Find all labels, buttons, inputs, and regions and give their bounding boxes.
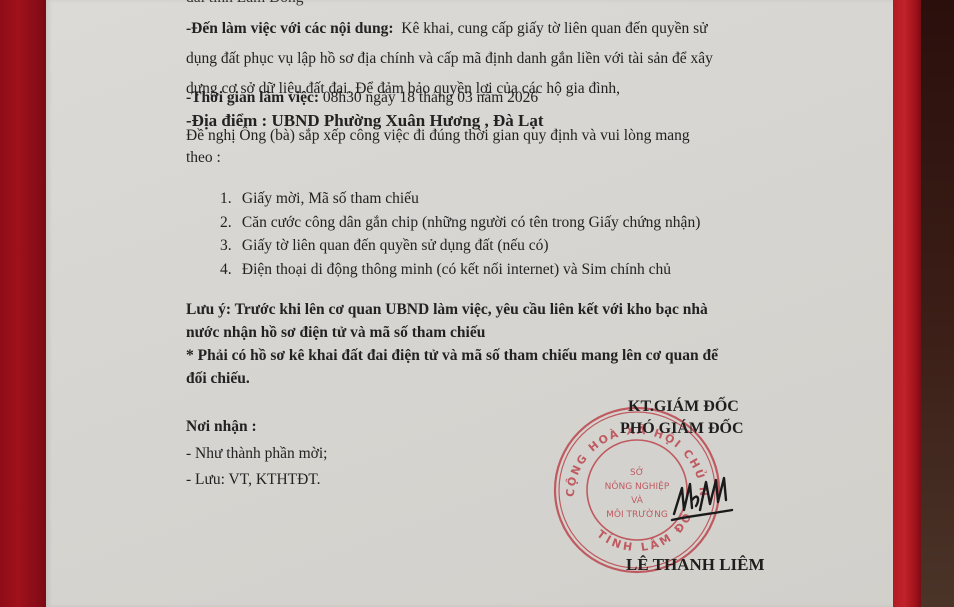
seal-center-line-1: SỞ: [630, 466, 644, 478]
list-item: 3. Giấy tờ liên quan đến quyền sử dụng đ…: [220, 234, 700, 258]
cut-off-header-line: đai tỉnh Lâm Đồng: [186, 0, 304, 10]
intro-line-2: dụng đất phục vụ lập hồ sơ địa chính và …: [186, 44, 713, 74]
recipient-line-2: - Lưu: VT, KTHTĐT.: [186, 467, 327, 493]
seal-center-line-2: NÔNG NGHIỆP: [605, 480, 670, 492]
intro-line-1: -Đến làm việc với các nội dung: Kê khai,…: [186, 14, 713, 44]
seal-center-line-3: VÀ: [631, 494, 644, 506]
wooden-background: [921, 0, 954, 607]
handwritten-signature-icon: [670, 470, 750, 530]
signature-title-1: KT.GIÁM ĐỐC: [628, 398, 739, 416]
seal-center-line-4: MÔI TRƯỜNG: [606, 508, 668, 520]
note-line-1: Lưu ý: Trước khi lên cơ quan UBND làm vi…: [186, 298, 718, 321]
intro-text-1: Kê khai, cung cấp giấy tờ liên quan đến …: [401, 20, 707, 37]
note-line-4: đối chiếu.: [186, 367, 718, 390]
note-paragraph: Lưu ý: Trước khi lên cơ quan UBND làm vi…: [186, 298, 718, 390]
list-item: 2. Căn cước công dân gắn chip (những ngư…: [220, 211, 700, 235]
intro-label: -Đến làm việc với các nội dung:: [186, 20, 394, 37]
note-line-3: * Phải có hồ sơ kê khai đất đai điện tử …: [186, 344, 718, 367]
list-item: 4. Điện thoại di động thông minh (có kết…: [220, 258, 700, 282]
required-items-list: 1. Giấy mời, Mã số tham chiếu 2. Căn cướ…: [220, 187, 700, 281]
recipients-title: Nơi nhận :: [186, 413, 327, 441]
red-folder-right-edge: [893, 0, 921, 607]
list-item: 1. Giấy mời, Mã số tham chiếu: [220, 187, 700, 211]
photo-scene: đai tỉnh Lâm Đồng -Đến làm việc với các …: [0, 0, 954, 607]
document-paper: đai tỉnh Lâm Đồng -Đến làm việc với các …: [46, 0, 893, 607]
work-time-value: 08h30 ngày 18 tháng 03 năm 2026: [323, 89, 538, 106]
signature-title-2: PHÓ GIÁM ĐỐC: [620, 420, 744, 438]
request-line-2: theo :: [186, 147, 690, 169]
work-time: -Thời gian làm việc: 08h30 ngày 18 tháng…: [186, 86, 538, 110]
request-paragraph: Đề nghị Ông (bà) sắp xếp công việc đi đú…: [186, 125, 690, 169]
recipients-block: Nơi nhận : - Như thành phần mời; - Lưu: …: [186, 413, 327, 493]
note-line-2: nước nhận hồ sơ điện tử và mã số tham ch…: [186, 321, 718, 344]
signer-name: LÊ THANH LIÊM: [626, 555, 765, 575]
recipient-line-1: - Như thành phần mời;: [186, 441, 327, 467]
work-time-label: -Thời gian làm việc:: [186, 89, 319, 106]
red-folder-left-edge: [0, 0, 46, 607]
request-line-1: Đề nghị Ông (bà) sắp xếp công việc đi đú…: [186, 125, 690, 147]
